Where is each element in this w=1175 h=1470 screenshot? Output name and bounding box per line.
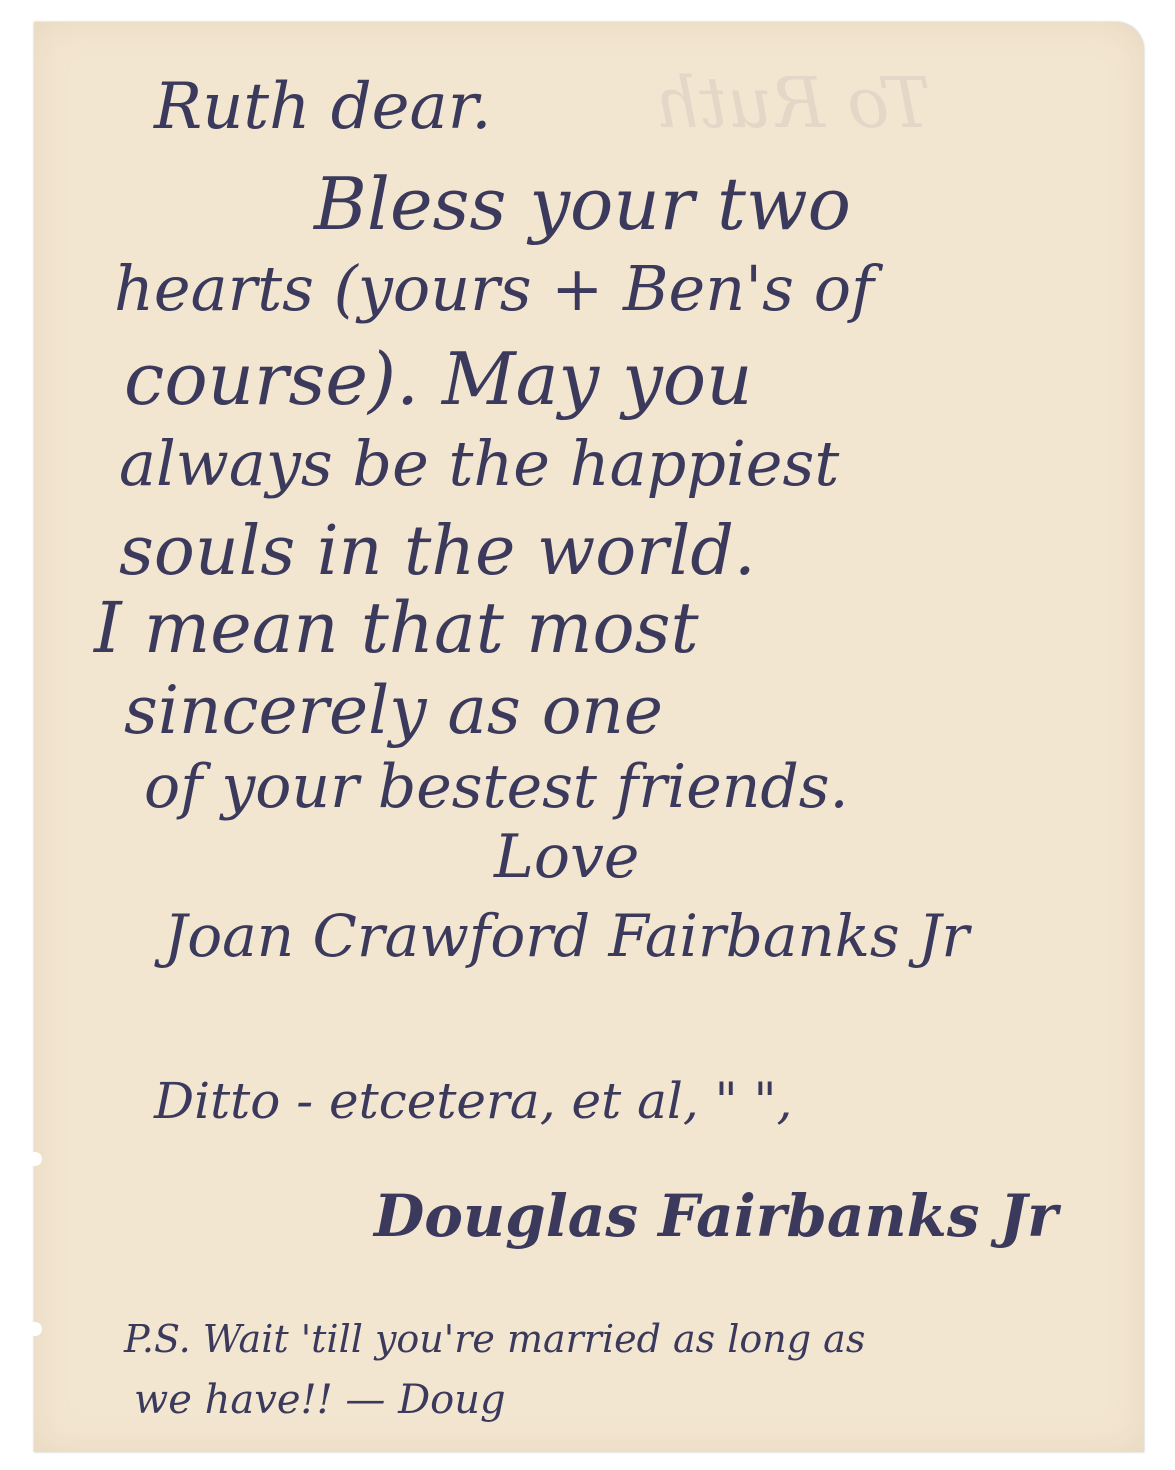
signature-joan: Joan Crawford Fairbanks Jr <box>164 902 969 970</box>
letter-line: of your bestest friends. <box>144 752 849 822</box>
letter-page: To Ruth Ruth dear. Bless your two hearts… <box>34 22 1144 1452</box>
punch-hole <box>28 1322 42 1336</box>
ditto-line: Ditto - etcetera, et al, " ", <box>154 1072 792 1130</box>
letter-line: course). May you <box>124 337 753 421</box>
salutation: Ruth dear. <box>154 70 492 144</box>
letter-line: hearts (yours + Ben's of <box>114 252 874 325</box>
postscript-line: we have!! — Doug <box>134 1377 506 1423</box>
postscript-line: P.S. Wait 'till you're married as long a… <box>124 1317 865 1361</box>
letter-line: always be the happiest <box>119 427 839 500</box>
letter-line: sincerely as one <box>124 672 663 749</box>
closing: Love <box>494 822 639 892</box>
letter-line: I mean that most <box>94 587 699 669</box>
letter-line: Bless your two <box>314 162 851 246</box>
signature-douglas: Douglas Fairbanks Jr <box>374 1182 1058 1250</box>
punch-hole <box>28 1152 42 1166</box>
bleed-through-text: To Ruth <box>654 62 931 144</box>
letter-line: souls in the world. <box>119 512 756 591</box>
